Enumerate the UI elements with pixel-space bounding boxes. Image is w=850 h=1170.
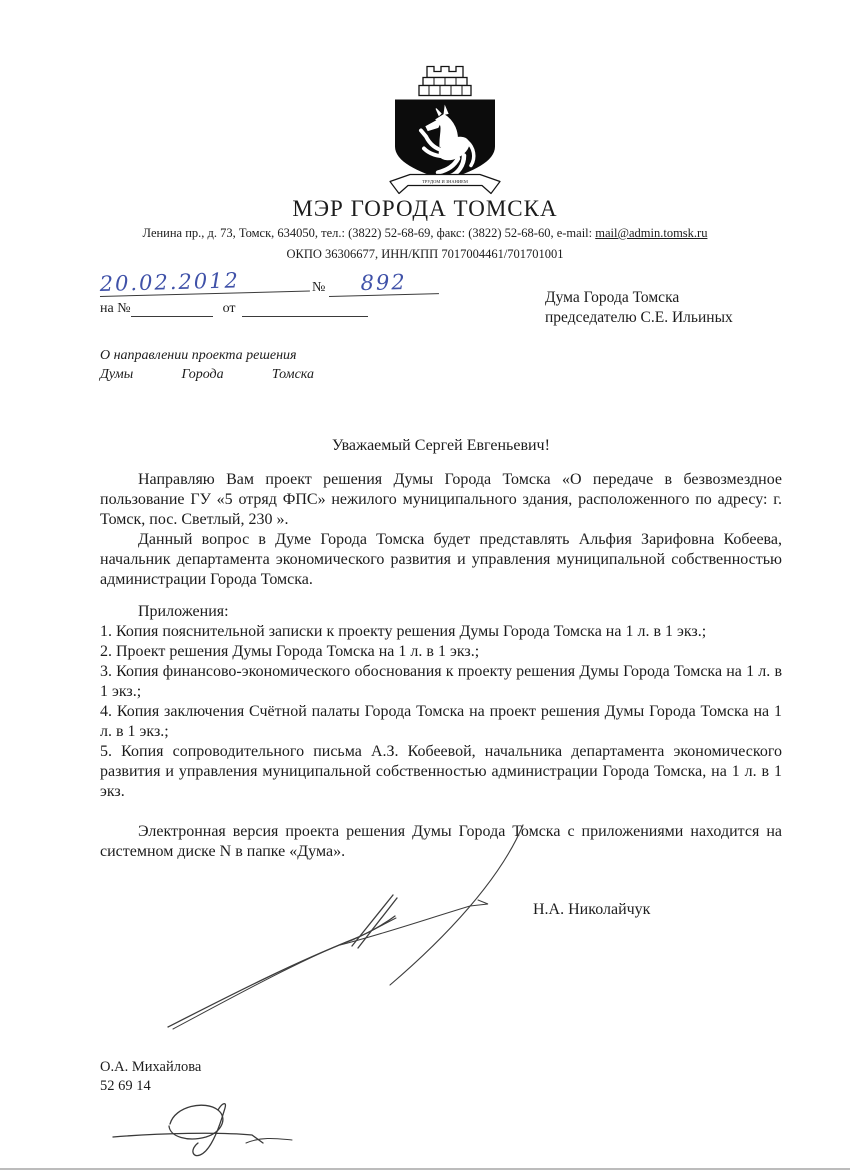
executor-name: О.А. Михайлова [100, 1058, 201, 1077]
tomsk-coat-of-arms: ТРУДОМ И ЗНАНИЕМ [370, 64, 520, 200]
attachment-item: 3. Копия финансово-экономического обосно… [100, 662, 782, 702]
attachment-item: 1. Копия пояснительной записки к проекту… [100, 622, 782, 642]
executor-block: О.А. Михайлова 52 69 14 [100, 1058, 201, 1096]
letterhead-address: Ленина пр., д. 73, Томск, 634050, тел.: … [0, 226, 850, 241]
on-number-label: на № [100, 300, 131, 317]
attachment-item: 5. Копия сопроводительного письма А.З. К… [100, 742, 782, 802]
from-label: от [223, 300, 236, 317]
subject-line1: О направлении проекта решения [100, 346, 314, 365]
attachment-item: 2. Проект решения Думы Города Томска на … [100, 642, 782, 662]
paragraph-3: Электронная версия проекта решения Думы … [100, 822, 782, 862]
letter-page: ТРУДОМ И ЗНАНИЕМ МЭР ГОРОДА ТОМСКА Ленин… [0, 0, 850, 1170]
motto-text: ТРУДОМ И ЗНАНИЕМ [422, 179, 468, 184]
reference-block: 20.02.2012 № 892 на № от [100, 272, 450, 317]
email-link: mail@admin.tomsk.ru [595, 226, 707, 240]
paragraph-2: Данный вопрос в Думе Города Томска будет… [100, 530, 782, 590]
letterhead-codes: ОКПО 36306677, ИНН/КПП 7017004461/701701… [0, 247, 850, 262]
paragraph-1: Направляю Вам проект решения Думы Города… [100, 470, 782, 530]
attachment-item: 4. Копия заключения Счётной палаты Город… [100, 702, 782, 742]
attachments-heading: Приложения: [100, 602, 782, 622]
mural-crown-icon [419, 67, 471, 96]
executor-signature [113, 1104, 292, 1156]
subject-line2: Думы Города Томска [100, 365, 314, 384]
organization-title: МЭР ГОРОДА ТОМСКА [0, 196, 850, 222]
handwritten-outgoing-number: 892 [329, 269, 440, 297]
incoming-date-blank [242, 316, 368, 317]
signer-name: Н.А. Николайчук [533, 901, 650, 919]
salutation: Уважаемый Сергей Евгеньевич! [100, 436, 782, 456]
incoming-number-blank [131, 316, 213, 317]
recipient-person: председателю С.Е. Ильиных [545, 308, 733, 328]
recipient-block: Дума Города Томска председателю С.Е. Иль… [545, 288, 733, 328]
letter-body: Уважаемый Сергей Евгеньевич! Направляю В… [100, 436, 782, 862]
handwritten-date: 20.02.2012 [99, 267, 310, 297]
recipient-organization: Дума Города Томска [545, 288, 733, 308]
motto-ribbon: ТРУДОМ И ЗНАНИЕМ [390, 175, 500, 194]
subject-block: О направлении проекта решения Думы Город… [100, 346, 314, 384]
address-text: Ленина пр., д. 73, Томск, 634050, тел.: … [143, 226, 596, 240]
number-sign-label: № [312, 280, 325, 296]
executor-phone: 52 69 14 [100, 1077, 201, 1096]
